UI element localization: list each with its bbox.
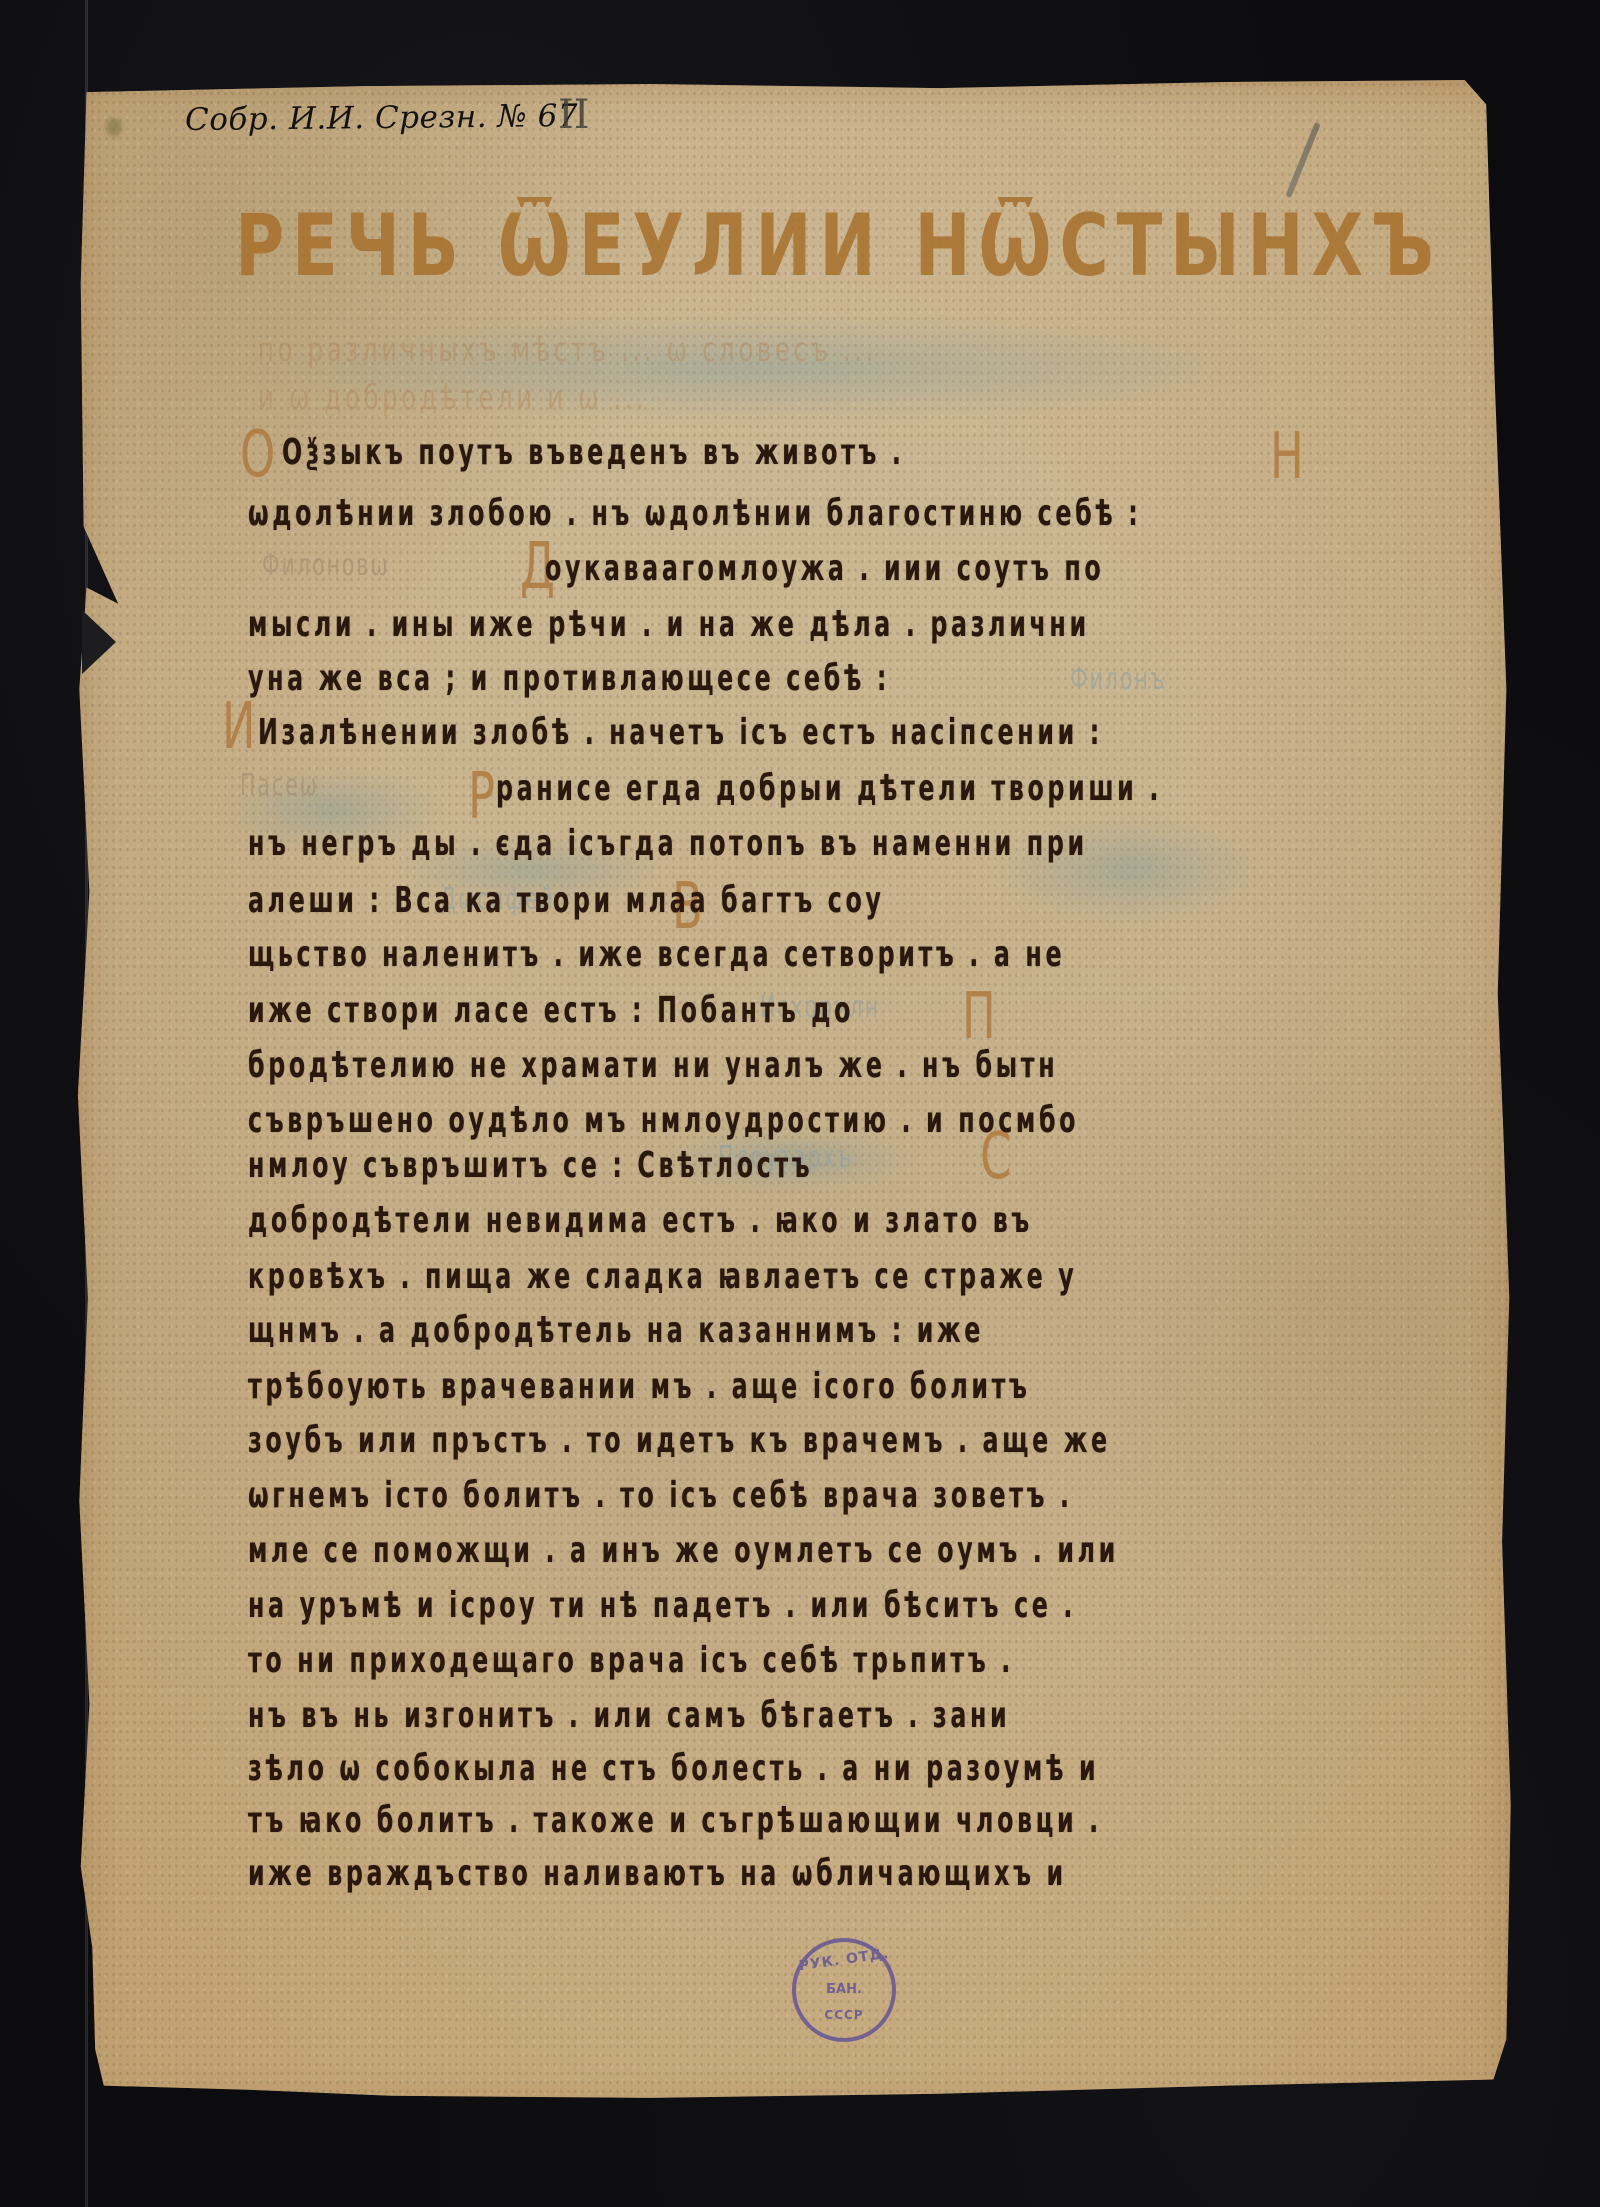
text-line: ѡгнемъ істо болитъ . то ісъ себѣ врача з… (248, 1475, 1073, 1516)
text-line: на уръмѣ и ісроу ти нѣ падетъ . или бѣси… (248, 1585, 1076, 1626)
text-line: оукаваагомлоужа . иии соутъ по (545, 548, 1104, 589)
text-line: ранисе егда добрыи дѣтели твориши . (496, 768, 1162, 809)
text-line: мысли . ины иже рѣчи . и на же дѣла . ра… (248, 604, 1090, 645)
text-line: нмлоу съвръшитъ се : Свѣтлостъ (248, 1145, 813, 1186)
library-stamp: РУК. ОТД. БАН. СССР (792, 1938, 896, 2042)
text-line: нъ въ нь изгонитъ . или самъ бѣгаетъ . з… (248, 1695, 1010, 1736)
stamp-middle-text: БАН. (796, 1982, 892, 1997)
text-line: алеши : Вса ка твори млаа багтъ соу (248, 880, 885, 921)
text-line: зоубъ или пръстъ . то идетъ къ врачемъ .… (248, 1420, 1111, 1461)
text-line: то ни приходещаго врача ісъ себѣ трьпитъ… (248, 1640, 1014, 1681)
text-line: уна же вса ; и противлающесе себѣ : (248, 658, 890, 699)
rubric-initial: Н (1270, 420, 1304, 494)
text-line: нъ негръ ды . єда ісъгда потопъ въ намен… (248, 823, 1088, 864)
rubric-initial: О (240, 418, 275, 492)
margin-rubric: Филоновѡ (262, 548, 390, 583)
margin-rubric: Пасеѡ (240, 768, 319, 803)
faded-header-line: и ѡ добродѣтели и ѡ ... (258, 378, 648, 418)
text-line: съвръшено оудѣло мъ нмлоудростию . и пос… (248, 1100, 1079, 1141)
text-line: зѣло ѡ собокыла не стъ болесть . а ни ра… (248, 1748, 1099, 1789)
folio-roman-numeral: II (558, 92, 590, 138)
margin-rubric: Филонъ (1070, 662, 1166, 697)
text-line: Изалѣнении злобѣ . начетъ ісъ естъ насіп… (258, 712, 1103, 753)
stamp-bottom-text: СССР (796, 2008, 892, 2022)
rubric-initial: И (222, 690, 256, 764)
text-line: тъ ꙗко болитъ . такоже и съгрѣшающии чло… (248, 1800, 1102, 1841)
ink-stain (106, 118, 122, 136)
stamp-top-text: РУК. ОТД. (795, 1945, 892, 1974)
text-line: иже створи ласе естъ : Побантъ до (248, 990, 854, 1031)
text-line: Оѯзыкъ поутъ въведенъ въ животъ . (282, 432, 905, 473)
text-line: мле се поможщи . а инъ же оумлетъ се оум… (248, 1530, 1119, 1571)
text-line: добродѣтели невидима естъ . ꙗко и злато … (248, 1200, 1033, 1241)
faded-header-line: по различныхъ мѣстъ ... ѡ словесъ ... (258, 330, 877, 370)
shelfmark-note: Собр. И.И. Срезн. № 67 (185, 98, 578, 138)
torn-corner-fold (82, 610, 116, 674)
text-line: иже враждъство наливаютъ на ѡбличающихъ … (248, 1853, 1067, 1894)
text-line: щьство наленитъ . иже всегда сетворитъ .… (248, 934, 1065, 975)
text-line: щнмъ . а добродѣтель на казаннимъ : иже (248, 1310, 984, 1351)
text-line: кровѣхъ . пища же сладка ꙗвлаетъ се стра… (248, 1256, 1077, 1297)
manuscript-title: РЕЧЬ ѾЕУЛИИ НѾСТЫНХЪ (235, 196, 1442, 296)
text-line: бродѣтелию не храмати ни уналъ же . нъ б… (248, 1045, 1058, 1086)
rubric-initial: П (962, 980, 996, 1054)
text-line: трѣбоують врачевании мъ . аще ісого боли… (248, 1366, 1031, 1407)
text-line: ѡдолѣнии злобою . нъ ѡдолѣнии благостиню… (248, 493, 1141, 534)
